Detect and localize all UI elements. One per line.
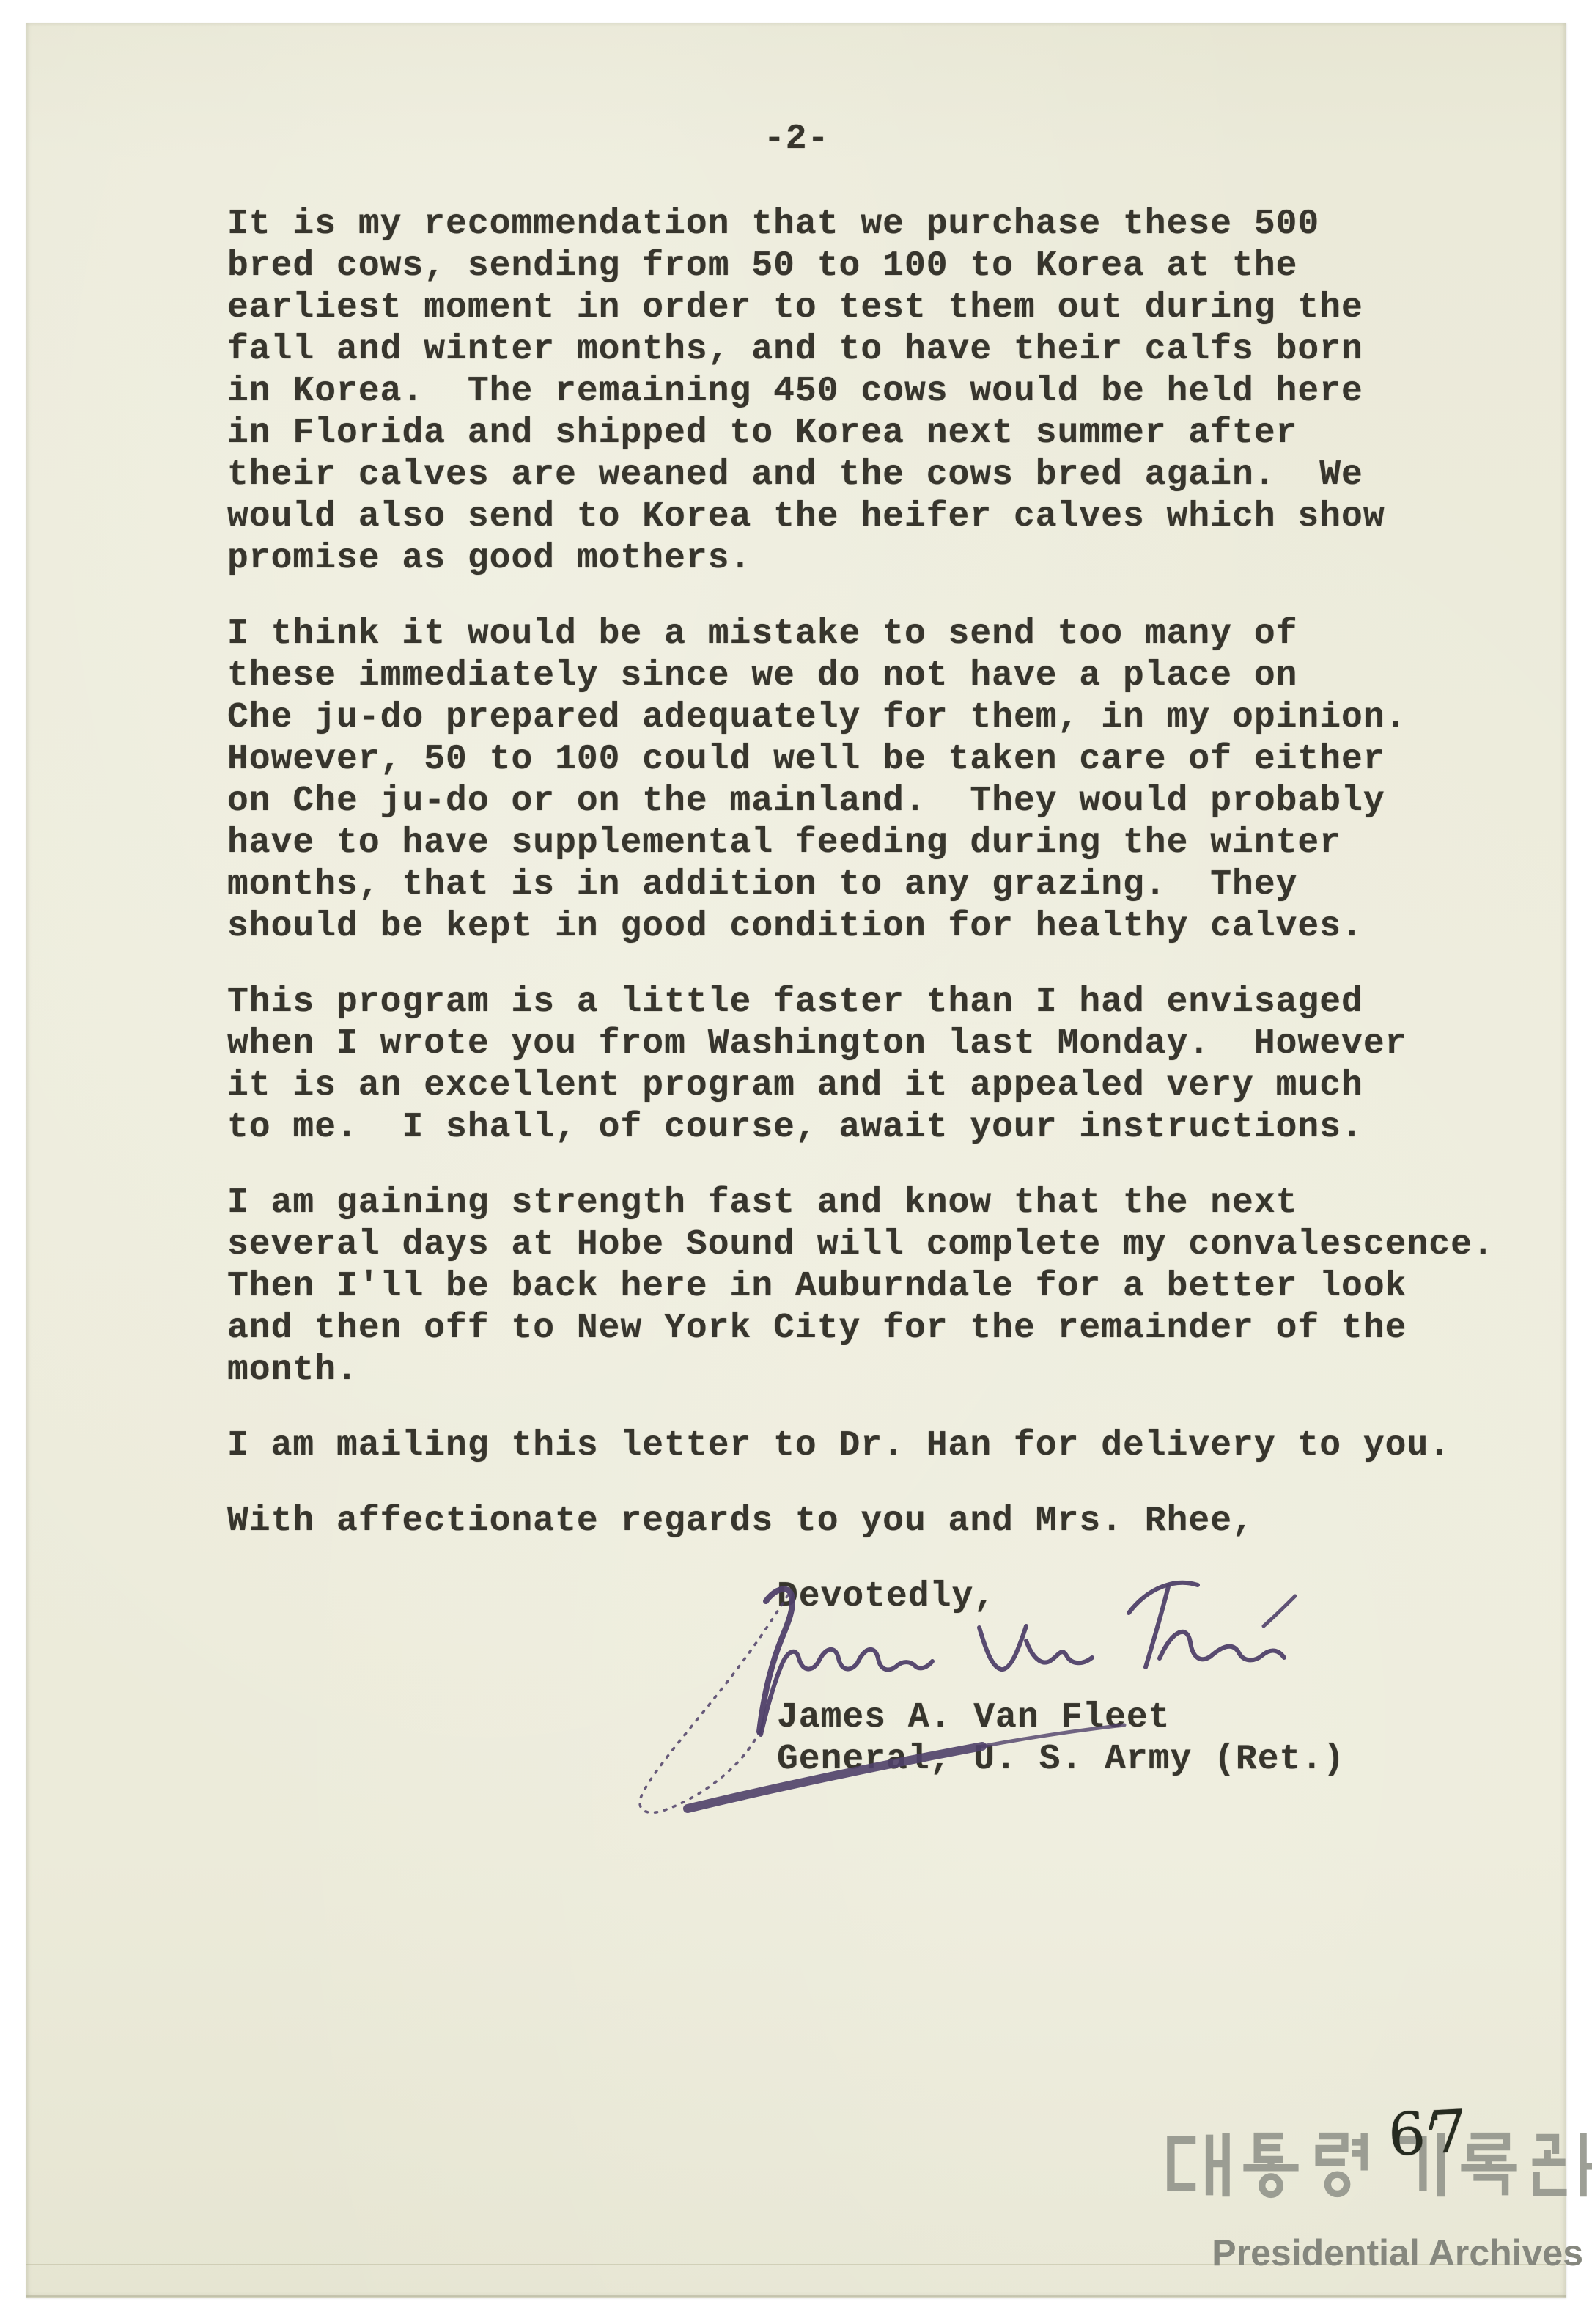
presidential-archives-watermark: Presidential Archives	[1212, 2233, 1583, 2273]
typed-title: General, U. S. Army (Ret.)	[777, 1739, 1554, 1781]
paragraph-regards: With affectionate regards to you and Mrs…	[227, 1501, 1554, 1542]
hangul-ryeong	[1309, 2130, 1378, 2199]
korean-watermark	[1164, 2130, 1592, 2199]
paragraph-program-pace: This program is a little faster than I h…	[227, 982, 1554, 1149]
letter-paper: -2- It is my recommendation that we purc…	[26, 23, 1566, 2298]
paragraph-health-update: I am gaining strength fast and know that…	[227, 1183, 1554, 1391]
letter-body: It is my recommendation that we purchase…	[227, 204, 1554, 1781]
scanned-letter-page: -2- It is my recommendation that we purc…	[0, 0, 1592, 2324]
page-number-header: -2-	[764, 119, 829, 161]
typed-name: James A. Van Fleet	[777, 1697, 1554, 1739]
signature-typed-block: James A. Van Fleet General, U. S. Army (…	[777, 1697, 1554, 1781]
closing-block: Devotedly, James A. Van Fleet General, U…	[777, 1576, 1554, 1781]
valediction: Devotedly,	[777, 1576, 1554, 1618]
paper-edge-line	[26, 2295, 1566, 2297]
hangul-gwan	[1527, 2130, 1592, 2199]
hangul-tong	[1237, 2130, 1305, 2199]
page-number-stamp: 67	[1387, 2100, 1473, 2166]
hangul-dae	[1164, 2130, 1233, 2199]
paragraph-mailing-note: I am mailing this letter to Dr. Han for …	[227, 1425, 1554, 1467]
paragraph-recommendation: It is my recommendation that we purchase…	[227, 204, 1554, 580]
paragraph-mistake-warning: I think it would be a mistake to send to…	[227, 614, 1554, 948]
